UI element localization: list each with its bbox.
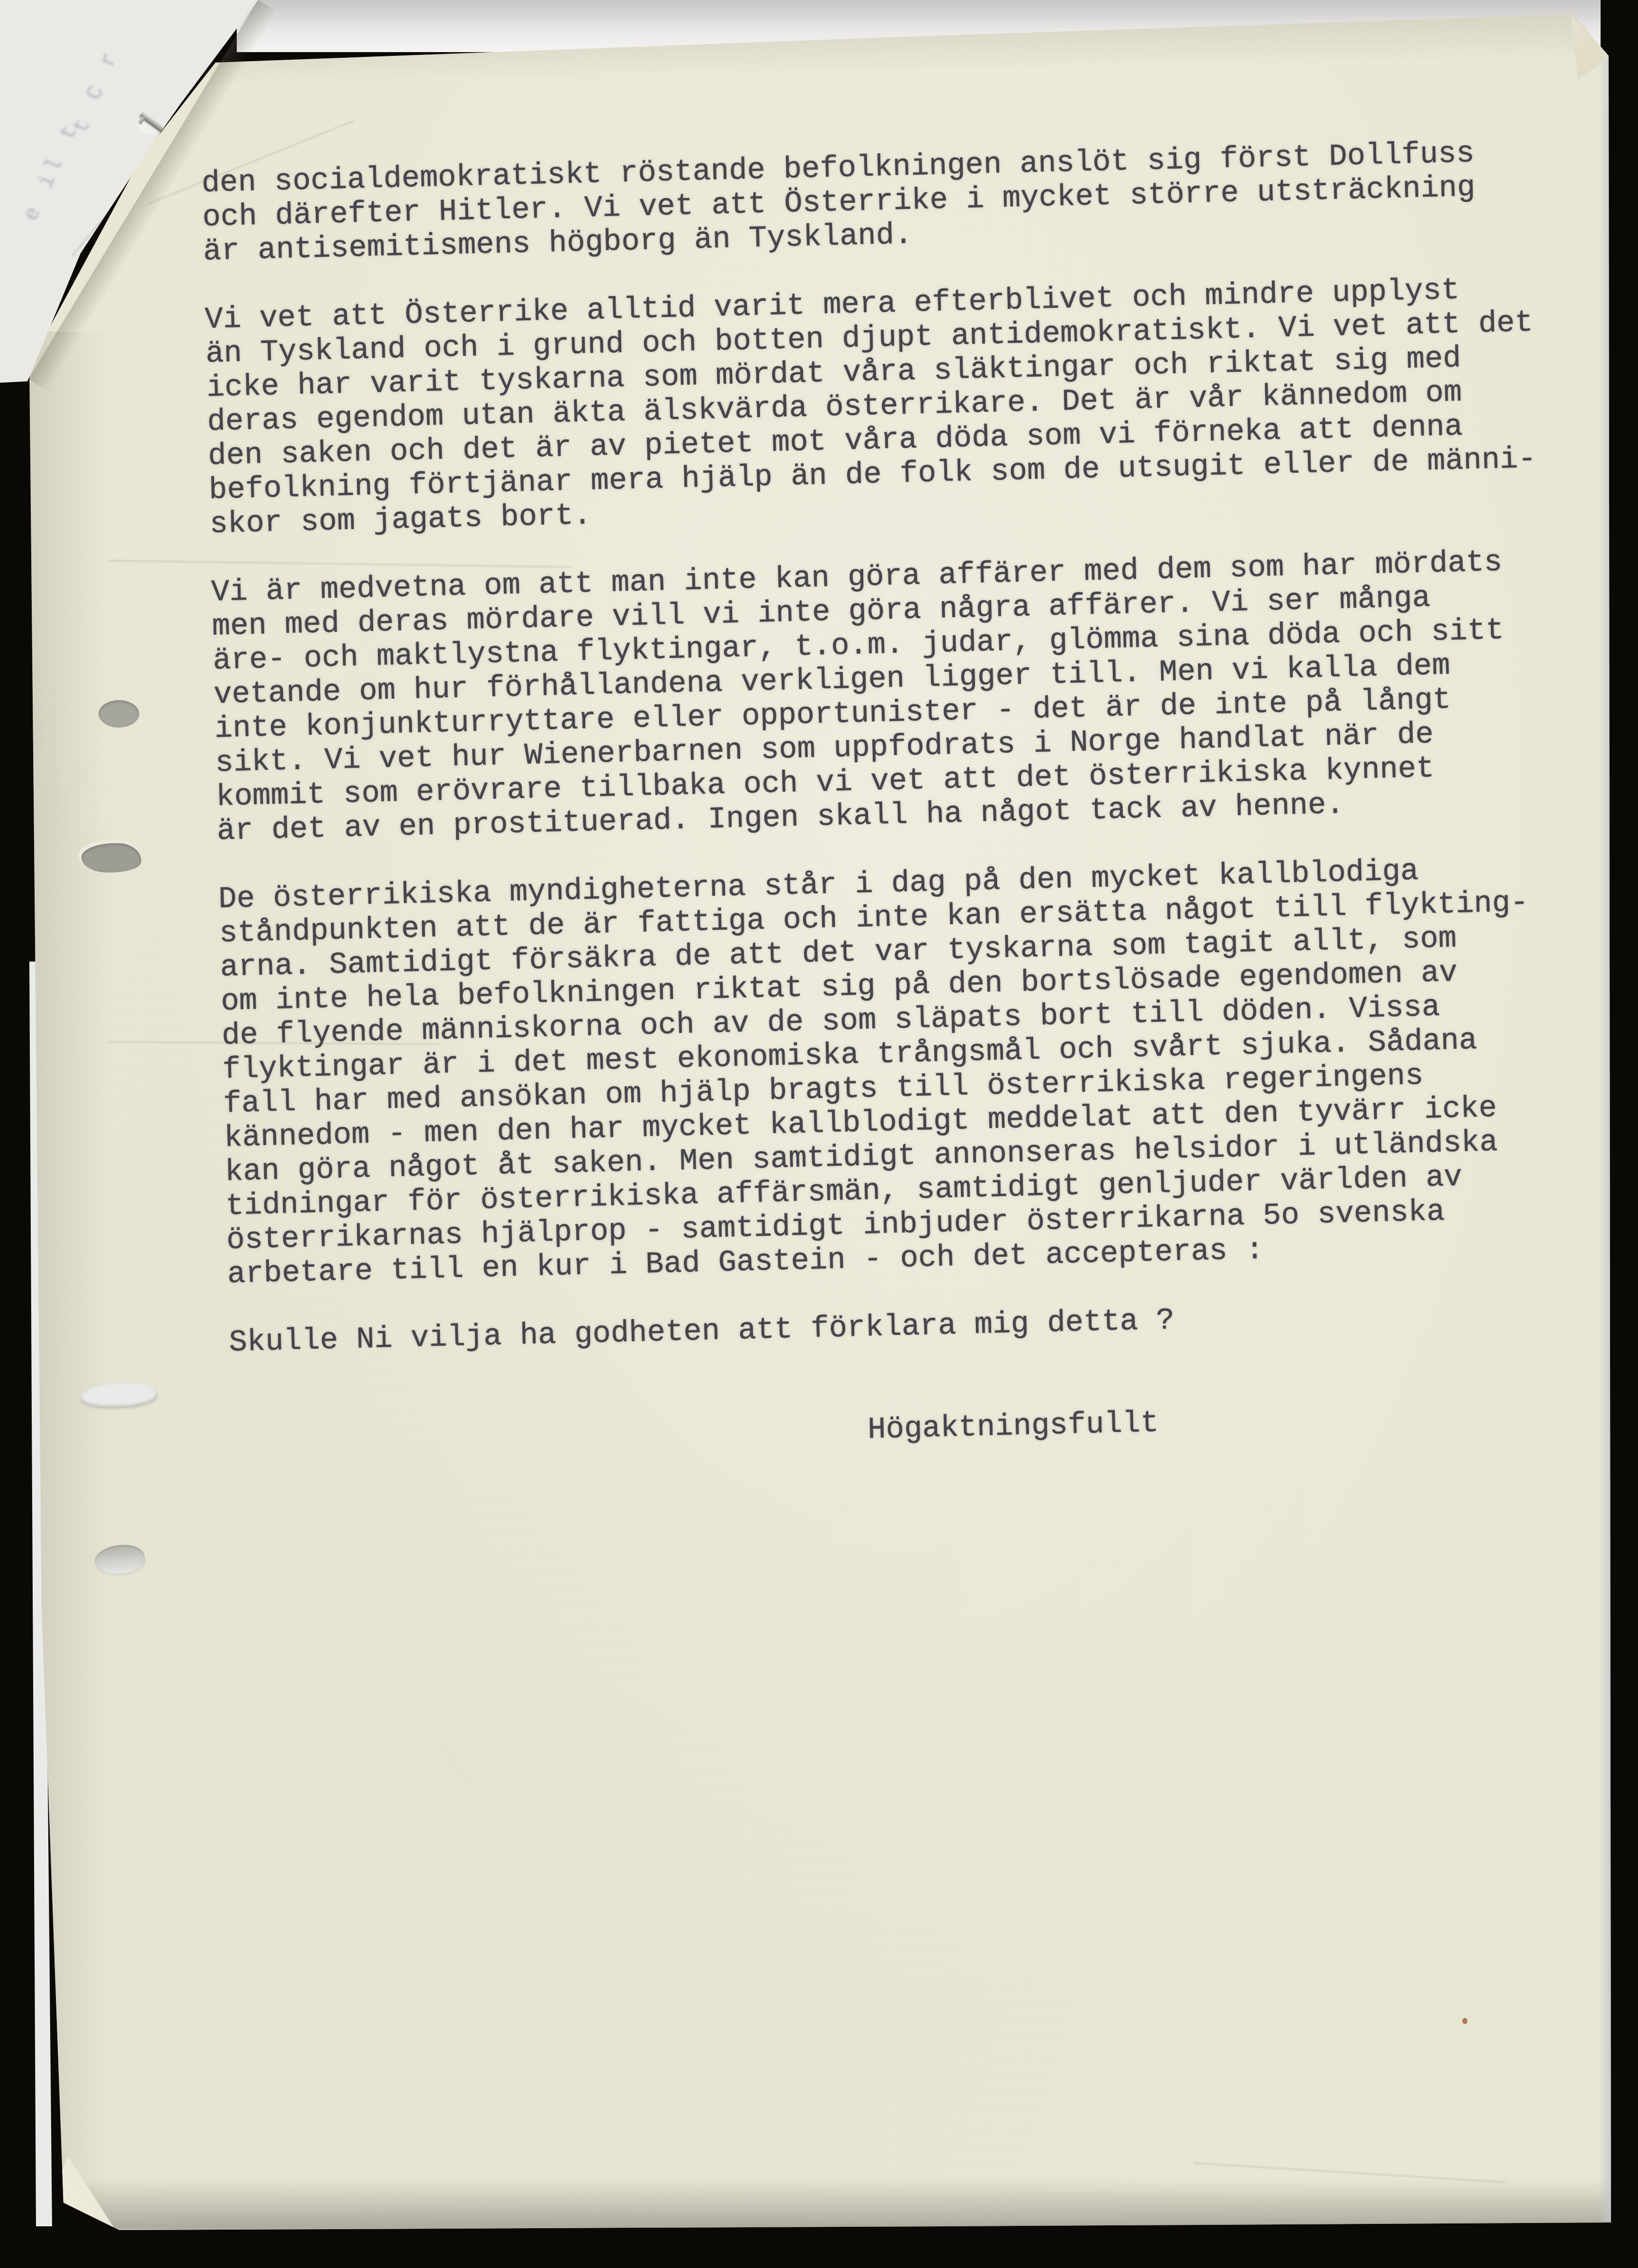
scanned-letter-page: den socialdemokratiskt röstande befolkni… [0, 0, 1638, 2268]
paper-right-edge-highlight [1599, 19, 1611, 2222]
punch-hole-torn [81, 843, 141, 873]
letter-body-text: den socialdemokratiskt röstande befolkni… [201, 135, 1559, 1462]
bleedthrough-text-smudge: t C r [69, 45, 125, 137]
bleedthrough-text-smudge: e il t [19, 117, 85, 225]
paper-bottom-shadow [38, 2179, 1615, 2231]
letter-paper: den socialdemokratiskt röstande befolkni… [0, 0, 1638, 2268]
punch-hole [98, 700, 139, 728]
paper-speck [1462, 2018, 1468, 2024]
